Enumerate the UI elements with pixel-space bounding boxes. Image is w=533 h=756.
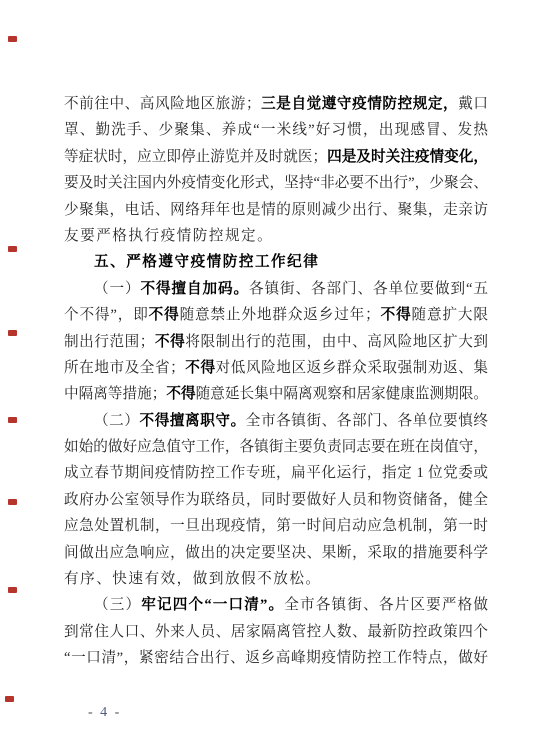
body-text: （三） <box>94 597 141 613</box>
body-line: 应急处置机制，一旦出现疫情，第一时间启动应急机制，第一时 <box>64 513 488 539</box>
body-text: 对低风险地区返乡群众采取强制劝返、集 <box>216 360 488 376</box>
body-text: “一口清”，紧密结合出行、返乡高峰期疫情防控工作特点，做好 <box>64 650 488 666</box>
body-line: 少聚集，电话、网络拜年也是情的原则减少出行、聚集，走亲访 <box>64 197 488 223</box>
body-text: 将限制出行的范围，由中、高风险地区扩大到 <box>185 334 488 350</box>
red-margin-mark <box>8 36 17 42</box>
body-line: 等症状时，应立即停止游览并及时就医；四是及时关注疫情变化， <box>64 144 488 170</box>
page-number: 4 <box>100 705 107 720</box>
red-margin-mark <box>5 696 14 702</box>
document-page: 不前往中、高风险地区旅游；三是自觉遵守疫情防控规定，戴口罩、勤洗手、少聚集、养成… <box>0 0 533 756</box>
red-margin-mark <box>8 499 17 505</box>
body-line: 个不得”，即不得随意禁止外地群众返乡过年；不得随意扩大限 <box>64 302 488 328</box>
page-number-dash-right: - <box>111 705 124 720</box>
body-line: 制出行范围；不得将限制出行的范围，由中、高风险地区扩大到 <box>64 329 488 355</box>
body-line: 不前往中、高风险地区旅游；三是自觉遵守疫情防控规定，戴口 <box>64 91 488 117</box>
body-text: 随意禁止外地群众返乡过年； <box>180 307 380 323</box>
body-text: 罩、勤洗手、少聚集、养成“一米线”好习惯，出现感冒、发热 <box>64 122 488 138</box>
body-line: “一口清”，紧密结合出行、返乡高峰期疫情防控工作特点，做好 <box>64 645 488 671</box>
body-text: 有序、快速有效，做到放假不放松。 <box>64 571 322 587</box>
red-margin-mark <box>8 417 17 423</box>
body-line: 到常住人口、外来人员、居家隔离管控人数、最新防控政策四个 <box>64 619 488 645</box>
body-line: 罩、勤洗手、少聚集、养成“一米线”好习惯，出现感冒、发热 <box>64 117 488 143</box>
page-number-footer: - 4 - <box>84 704 123 722</box>
red-margin-mark <box>8 246 17 252</box>
bold-text: 三是自觉遵守疫情防控规定， <box>261 96 459 112</box>
body-text: 所在地市及全省； <box>64 360 185 376</box>
body-text: 应急处置机制，一旦出现疫情，第一时间启动应急机制，第一时 <box>64 518 488 534</box>
body-text: （二） <box>94 413 140 429</box>
body-line: 如始的做好应急值守工作，各镇街主要负责同志要在班在岗值守， <box>64 434 488 460</box>
bold-text: 不得 <box>166 386 195 402</box>
bold-text: 牢记四个“一口清”。 <box>141 597 284 613</box>
bold-text: 不得 <box>154 334 185 350</box>
body-text: 随意延长集中隔离观察和居家健康监测期限。 <box>196 386 488 402</box>
body-line: 政府办公室领导作为联络员，同时要做好人员和物资储备，健全 <box>64 487 488 513</box>
body-text: 少聚集，电话、网络拜年也是情的原则减少出行、聚集，走亲访 <box>64 202 488 218</box>
body-text: 政府办公室领导作为联络员，同时要做好人员和物资储备，健全 <box>64 492 488 508</box>
body-text: 友要严格执行疫情防控规定。 <box>64 228 273 244</box>
section-heading: 五、严格遵守疫情防控工作纪律 <box>64 249 488 275</box>
bold-text: 不得擅自加码。 <box>141 281 250 297</box>
red-margin-mark <box>8 330 17 336</box>
bold-text: 不得 <box>380 307 412 323</box>
body-text: 等症状时，应立即停止游览并及时就医； <box>64 149 327 165</box>
body-line: 友要严格执行疫情防控规定。 <box>64 223 488 249</box>
body-line: 所在地市及全省；不得对低风险地区返乡群众采取强制劝返、集 <box>64 355 488 381</box>
body-line: （二）不得擅离职守。全市各镇街、各部门、各单位要慎终 <box>64 408 488 434</box>
body-text: 各镇街、各部门、各单位要做到“五 <box>249 281 488 297</box>
body-text: 成立春节期间疫情防控工作专班，扁平化运行，指定 1 位党委或 <box>64 465 488 481</box>
bold-text: 不得 <box>149 307 180 323</box>
body-line: 要及时关注国内外疫情变化形式，坚持“非必要不出行”，少聚会、 <box>64 170 488 196</box>
body-line: 中隔离等措施；不得随意延长集中隔离观察和居家健康监测期限。 <box>64 381 488 407</box>
body-text: 全市各镇街、各片区要严格做 <box>284 597 488 613</box>
body-text: 中隔离等措施； <box>64 386 166 402</box>
bold-text: 五、严格遵守疫情防控工作纪律 <box>94 254 319 270</box>
body-text: 戴口 <box>458 96 488 112</box>
body-line: 有序、快速有效，做到放假不放松。 <box>64 566 488 592</box>
document-body: 不前往中、高风险地区旅游；三是自觉遵守疫情防控规定，戴口罩、勤洗手、少聚集、养成… <box>64 91 488 672</box>
body-text: 个不得”，即 <box>64 307 149 323</box>
body-text: 不前往中、高风险地区旅游； <box>64 96 261 112</box>
body-text: 制出行范围； <box>64 334 154 350</box>
page-number-dash-left: - <box>84 705 97 720</box>
body-line: 成立春节期间疫情防控工作专班，扁平化运行，指定 1 位党委或 <box>64 460 488 486</box>
bold-text: 四是及时关注疫情变化， <box>327 149 488 165</box>
body-text: 到常住人口、外来人员、居家隔离管控人数、最新防控政策四个 <box>64 624 488 640</box>
body-text: 随意扩大限 <box>412 307 488 323</box>
red-margin-mark <box>8 587 17 593</box>
body-line: （三）牢记四个“一口清”。全市各镇街、各片区要严格做 <box>64 592 488 618</box>
body-text: 间做出应急响应，做出的决定要坚决、果断，采取的措施要科学 <box>64 545 488 561</box>
body-line: （一）不得擅自加码。各镇街、各部门、各单位要做到“五 <box>64 276 488 302</box>
body-line: 间做出应急响应，做出的决定要坚决、果断，采取的措施要科学 <box>64 540 488 566</box>
bold-text: 不得 <box>185 360 216 376</box>
body-text: （一） <box>94 281 141 297</box>
body-text: 如始的做好应急值守工作，各镇街主要负责同志要在班在岗值守， <box>64 439 488 455</box>
body-text: 全市各镇街、各部门、各单位要慎终 <box>246 413 488 429</box>
bold-text: 不得擅离职守。 <box>140 413 246 429</box>
body-text: 要及时关注国内外疫情变化形式，坚持“非必要不出行”，少聚会、 <box>64 175 488 191</box>
